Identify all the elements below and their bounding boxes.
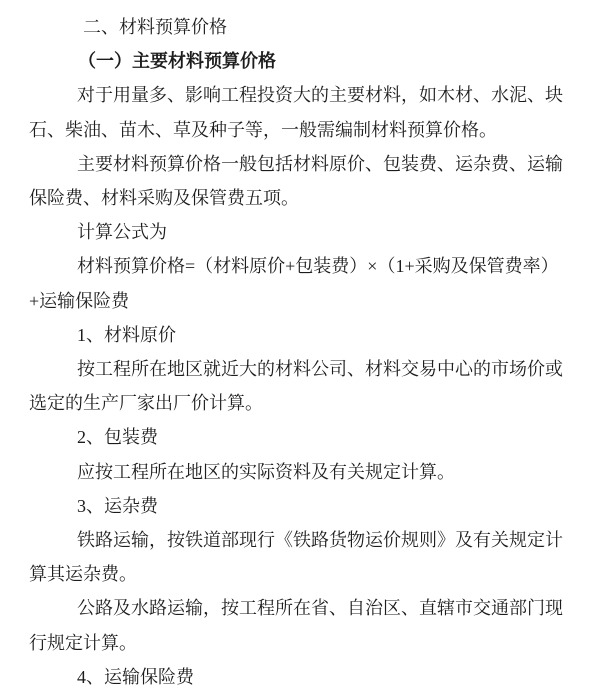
subsection-heading-line: （一）主要材料预算价格 xyxy=(29,44,569,78)
paragraph: 计算公式为 xyxy=(29,215,569,249)
paragraph: 对于用量多、影响工程投资大的主要材料，如木材、水泥、块石、柴油、苗木、草及种子等… xyxy=(29,78,569,146)
formula-line: 材料预算价格=（材料原价+包装费）×（1+采购及保管费率） xyxy=(29,249,569,283)
paragraph-line: 保险费、材料采购及保管费五项。 xyxy=(29,181,569,215)
list-item-heading: 2、包装费 xyxy=(29,420,569,454)
list-item-heading: 3、运杂费 xyxy=(29,489,569,523)
paragraph-line: 行规定计算。 xyxy=(29,626,569,660)
subsection-heading: （一）主要材料预算价格 xyxy=(29,44,569,78)
paragraph-line: 算其运杂费。 xyxy=(29,557,569,591)
paragraph-line: 按工程所在地区就近大的材料公司、材料交易中心的市场价或 xyxy=(29,352,569,386)
paragraph: 主要材料预算价格一般包括材料原价、包装费、运杂费、运输保险费、材料采购及保管费五… xyxy=(29,147,569,215)
formula-line: +运输保险费 xyxy=(29,284,569,318)
paragraph-line: 对于用量多、影响工程投资大的主要材料，如木材、水泥、块 xyxy=(29,78,569,112)
paragraph-line: 公路及水路运输，按工程所在省、自治区、直辖市交通部门现 xyxy=(29,591,569,625)
section-heading: 二、材料预算价格 xyxy=(29,10,569,44)
paragraph-line: 选定的生产厂家出厂价计算。 xyxy=(29,386,569,420)
paragraph: 应按工程所在地区的实际资料及有关规定计算。 xyxy=(29,455,569,489)
paragraph-line: 计算公式为 xyxy=(29,215,569,249)
paragraph-line: 主要材料预算价格一般包括材料原价、包装费、运杂费、运输 xyxy=(29,147,569,181)
list-item-heading-line: 3、运杂费 xyxy=(29,489,569,523)
list-item-heading-line: 1、材料原价 xyxy=(29,318,569,352)
section-heading-line: 二、材料预算价格 xyxy=(29,10,569,44)
paragraph-line: 铁路运输，按铁道部现行《铁路货物运价规则》及有关规定计 xyxy=(29,523,569,557)
paragraph: 按工程所在地区就近大的材料公司、材料交易中心的市场价或选定的生产厂家出厂价计算。 xyxy=(29,352,569,420)
list-item-heading: 4、运输保险费 xyxy=(29,660,569,694)
document-body: 二、材料预算价格（一）主要材料预算价格对于用量多、影响工程投资大的主要材料，如木… xyxy=(29,10,569,694)
paragraph-line: 石、柴油、苗木、草及种子等，一般需编制材料预算价格。 xyxy=(29,113,569,147)
paragraph: 铁路运输，按铁道部现行《铁路货物运价规则》及有关规定计算其运杂费。 xyxy=(29,523,569,591)
list-item-heading-line: 4、运输保险费 xyxy=(29,660,569,694)
formula: 材料预算价格=（材料原价+包装费）×（1+采购及保管费率）+运输保险费 xyxy=(29,249,569,317)
document-page: 二、材料预算价格（一）主要材料预算价格对于用量多、影响工程投资大的主要材料，如木… xyxy=(0,0,589,699)
list-item-heading: 1、材料原价 xyxy=(29,318,569,352)
paragraph: 公路及水路运输，按工程所在省、自治区、直辖市交通部门现行规定计算。 xyxy=(29,591,569,659)
paragraph-line: 应按工程所在地区的实际资料及有关规定计算。 xyxy=(29,455,569,489)
list-item-heading-line: 2、包装费 xyxy=(29,420,569,454)
